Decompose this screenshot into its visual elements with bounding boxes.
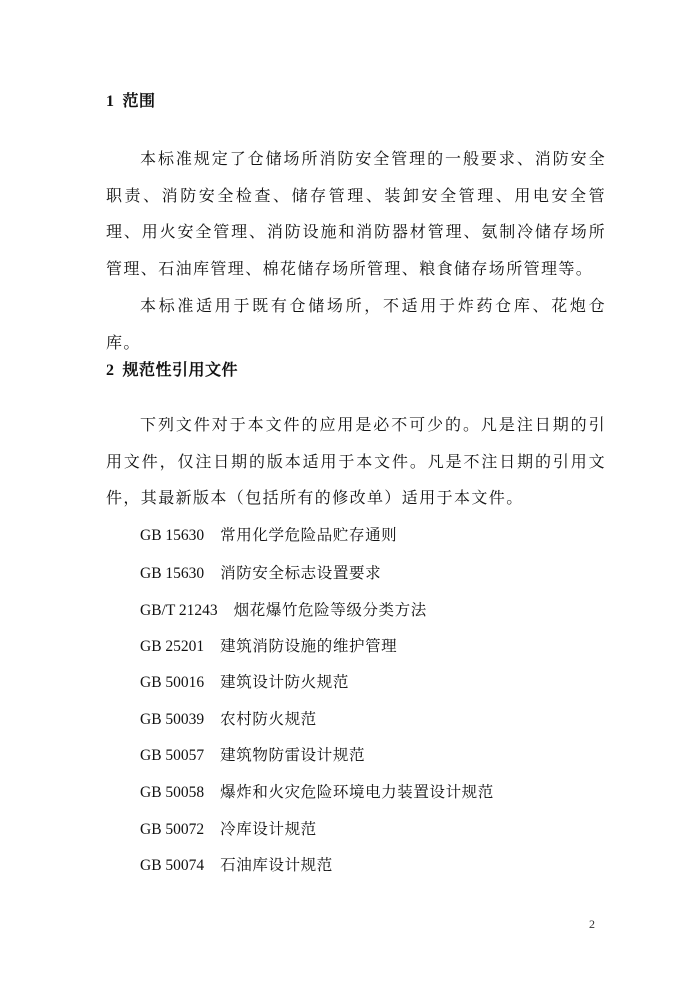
section-1-number: 1 (106, 93, 115, 110)
reference-code: GB 50016 (140, 674, 204, 692)
reference-item: GB 25201建筑消防设施的维护管理 (140, 634, 397, 656)
reference-title: 建筑消防设施的维护管理 (220, 637, 397, 655)
reference-title: 农村防火规范 (220, 710, 317, 728)
reference-item: GB 50074石油库设计规范 (140, 853, 333, 875)
reference-item: GB 50058爆炸和火灾危险环境电力装置设计规范 (140, 780, 494, 802)
section-2-number: 2 (106, 362, 115, 379)
reference-code: GB 50057 (140, 747, 204, 765)
reference-item: GB/T 21243烟花爆竹危险等级分类方法 (140, 598, 427, 620)
page-number: 2 (589, 917, 595, 932)
section-1-heading: 1范围 (106, 88, 156, 111)
reference-title: 烟花爆竹危险等级分类方法 (234, 601, 427, 619)
reference-title: 消防安全标志设置要求 (220, 564, 381, 582)
document-page: 1范围 本标准规定了仓储场所消防安全管理的一般要求、消防安全职责、消防安全检查、… (0, 0, 700, 990)
section-2-intro-paragraph: 下列文件对于本文件的应用是必不可少的。凡是注日期的引用文件，仅注日期的版本适用于… (106, 407, 606, 517)
reference-title: 建筑设计防火规范 (220, 673, 349, 691)
section-1-scope-paragraph: 本标准规定了仓储场所消防安全管理的一般要求、消防安全职责、消防安全检查、储存管理… (106, 141, 606, 287)
section-1-applicability-paragraph: 本标准适用于既有仓储场所，不适用于炸药仓库、花炮仓库。 (106, 288, 606, 361)
reference-item: GB 50072冷库设计规范 (140, 817, 317, 839)
reference-code: GB 50039 (140, 711, 204, 729)
reference-title: 石油库设计规范 (220, 856, 333, 874)
reference-code: GB 50058 (140, 784, 204, 802)
section-1-title: 范围 (123, 91, 156, 110)
reference-title: 常用化学危险品贮存通则 (220, 526, 397, 544)
section-2-title: 规范性引用文件 (123, 360, 239, 379)
reference-code: GB 50074 (140, 857, 204, 875)
reference-title: 冷库设计规范 (220, 820, 317, 838)
reference-title: 建筑物防雷设计规范 (220, 746, 365, 764)
reference-code: GB/T 21243 (140, 602, 218, 620)
reference-item: GB 50057建筑物防雷设计规范 (140, 743, 365, 765)
section-2-heading: 2规范性引用文件 (106, 357, 238, 380)
reference-item: GB 15630常用化学危险品贮存通则 (140, 523, 397, 545)
reference-item: GB 15630消防安全标志设置要求 (140, 561, 381, 583)
reference-item: GB 50039农村防火规范 (140, 707, 317, 729)
reference-item: GB 50016建筑设计防火规范 (140, 670, 349, 692)
reference-code: GB 50072 (140, 821, 204, 839)
reference-code: GB 25201 (140, 638, 204, 656)
reference-title: 爆炸和火灾危险环境电力装置设计规范 (220, 783, 494, 801)
reference-code: GB 15630 (140, 527, 204, 545)
reference-code: GB 15630 (140, 565, 204, 583)
